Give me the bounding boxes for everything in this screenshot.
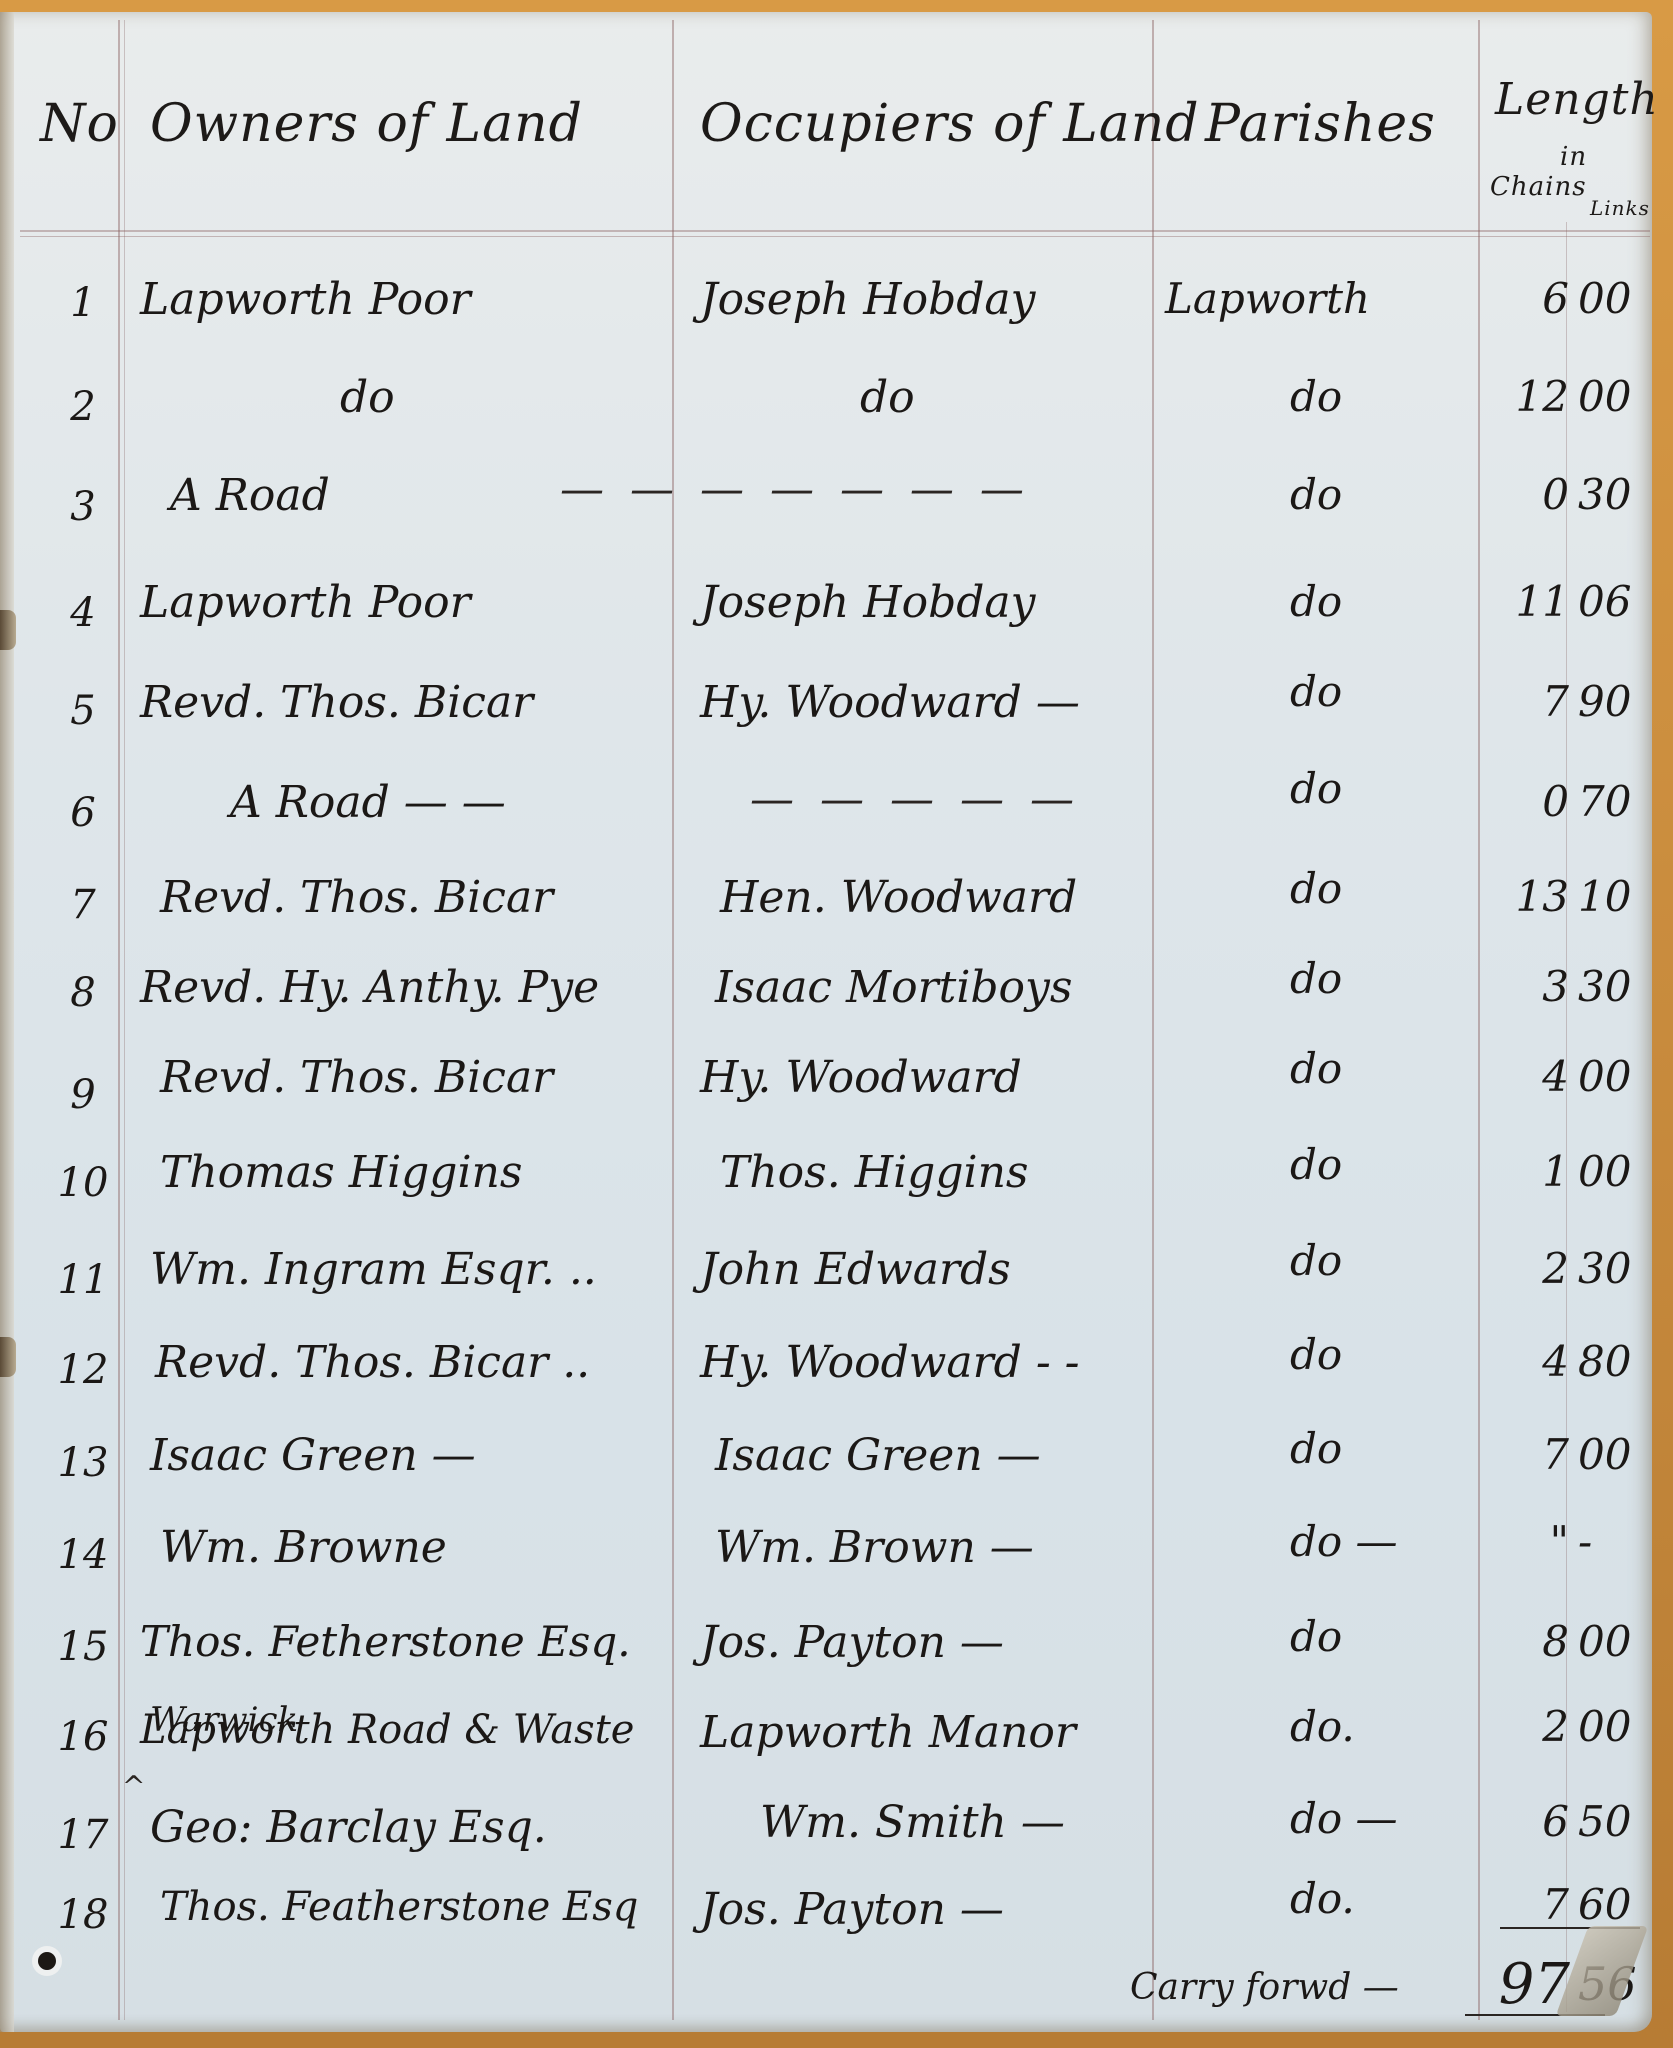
links-cell: 30 [1578, 962, 1650, 1011]
links-cell: 00 [1578, 372, 1650, 421]
row-number: 12 [48, 1347, 118, 1393]
occupier-cell: Lapworth Manor [700, 1707, 1076, 1758]
owner-cell: Wm. Browne [160, 1522, 447, 1573]
links-cell: 60 [1578, 1880, 1650, 1929]
header-links: Links [1590, 196, 1650, 220]
parish-cell: do [1290, 764, 1342, 813]
row-number: 10 [48, 1160, 118, 1206]
parish-cell: do. [1290, 1874, 1355, 1923]
occupier-cell: Thos. Higgins [720, 1147, 1029, 1198]
parish-cell: do [1290, 372, 1342, 421]
parish-cell: do — [1290, 1794, 1398, 1843]
occupier-cell: Jos. Payton — [700, 1617, 1004, 1668]
insertion-caret: ^ [122, 1770, 145, 1803]
occupier-cell: — — — — — — — [560, 464, 1030, 515]
row-number: 15 [48, 1624, 118, 1670]
links-cell: 30 [1578, 1244, 1650, 1293]
row-number: 3 [48, 484, 118, 530]
owner-cell: Wm. Ingram Esqr. .. [150, 1244, 597, 1295]
occupier-cell: Wm. Smith — [760, 1797, 1065, 1848]
chains-cell: 4 [1495, 1337, 1569, 1386]
links-cell: 00 [1578, 1702, 1650, 1751]
row-number: 4 [48, 590, 118, 636]
parish-cell: do [1290, 954, 1342, 1003]
row-number: 14 [48, 1532, 118, 1578]
owner-cell: Geo: Barclay Esq. [150, 1802, 547, 1853]
parish-cell: do [1290, 1236, 1342, 1285]
links-cell: 00 [1578, 274, 1650, 323]
chains-cell: " [1495, 1517, 1569, 1566]
row-number: 16 [48, 1714, 118, 1760]
parish-cell: do [1290, 1044, 1342, 1093]
ruling-number-column [118, 20, 120, 2020]
chains-cell: 2 [1495, 1702, 1569, 1751]
chains-cell: 11 [1495, 577, 1569, 626]
header-rule [20, 230, 1650, 232]
row-number: 5 [48, 688, 118, 734]
parish-cell: do [1290, 470, 1342, 519]
owner-cell: Revd. Thos. Bicar .. [155, 1337, 590, 1388]
parish-cell: do [1290, 1140, 1342, 1189]
row-number: 9 [48, 1072, 118, 1118]
chains-cell: 7 [1495, 1880, 1569, 1929]
occupier-cell: Hen. Woodward [720, 872, 1077, 923]
chains-cell: 7 [1495, 1430, 1569, 1479]
header-length-in: in [1560, 142, 1587, 172]
ruling-parishes-column [1478, 20, 1480, 2020]
links-cell: 30 [1578, 470, 1650, 519]
chains-cell: 8 [1495, 1617, 1569, 1666]
binding-tear-lower [0, 1337, 16, 1377]
row-number: 6 [48, 790, 118, 836]
occupier-cell: — — — — — [750, 774, 1080, 825]
occupier-cell: Hy. Woodward [700, 1052, 1022, 1103]
parish-cell: do. [1290, 1702, 1355, 1751]
occupier-cell: Jos. Payton — [700, 1884, 1004, 1935]
ruling-owners-column [672, 20, 674, 2020]
binding-tear-upper [0, 610, 16, 650]
header-rule-inner [20, 236, 1650, 237]
row-number: 7 [48, 882, 118, 928]
chains-cell: 6 [1495, 274, 1569, 323]
owner-cell: Revd. Thos. Bicar [160, 1052, 553, 1103]
owner-cell: Thos. Fetherstone Esq. [140, 1617, 631, 1666]
row-number: 18 [48, 1892, 118, 1938]
links-cell: 50 [1578, 1797, 1650, 1846]
owner-cell: Thomas Higgins [160, 1147, 522, 1198]
links-cell: 80 [1578, 1337, 1650, 1386]
parish-cell: do [1290, 667, 1342, 716]
occupier-cell: do [860, 372, 915, 423]
owner-cell: Isaac Green — [150, 1430, 476, 1481]
occupier-cell: Hy. Woodward - - [700, 1337, 1080, 1388]
owner-cell: do [340, 372, 395, 423]
carry-forward-label: Carry forwd — [1130, 1967, 1399, 2008]
links-cell: 00 [1578, 1430, 1650, 1479]
ruling-number-column-inner [124, 20, 125, 2020]
chains-cell: 4 [1495, 1052, 1569, 1101]
links-cell: 00 [1578, 1052, 1650, 1101]
parish-cell: Lapworth [1165, 274, 1370, 323]
links-cell: - [1578, 1517, 1650, 1566]
chains-cell: 2 [1495, 1244, 1569, 1293]
owner-cell: A Road [170, 470, 330, 521]
punch-hole [38, 1952, 56, 1970]
row-number: 17 [48, 1812, 118, 1858]
parish-cell: do [1290, 1330, 1342, 1379]
owner-cell: Revd. Thos. Bicar [140, 677, 533, 728]
ruling-occupiers-column [1152, 20, 1154, 2020]
chains-cell: 3 [1495, 962, 1569, 1011]
links-cell: 70 [1578, 777, 1650, 826]
occupier-cell: John Edwards [700, 1244, 1011, 1295]
owner-cell: Lapworth Poor [140, 274, 471, 325]
chains-cell: 1 [1495, 1147, 1569, 1196]
links-cell: 00 [1578, 1147, 1650, 1196]
header-length: Length [1495, 74, 1659, 125]
owner-cell: Lapworth Poor [140, 577, 471, 628]
ledger-page: No Owners of Land Occupiers of Land Pari… [0, 12, 1652, 2032]
header-number: No [40, 94, 119, 154]
row-number: 13 [48, 1440, 118, 1486]
occupier-cell: Wm. Brown — [715, 1522, 1034, 1573]
chains-cell: 6 [1495, 1797, 1569, 1846]
header-owners-of-land: Owners of Land [150, 94, 583, 154]
links-cell: 06 [1578, 577, 1650, 626]
occupier-cell: Hy. Woodward — [700, 677, 1080, 728]
page-binding-edge [0, 12, 14, 2032]
parish-cell: do — [1290, 1517, 1398, 1566]
links-cell: 00 [1578, 1617, 1650, 1666]
header-occupiers-of-land: Occupiers of Land [700, 94, 1200, 154]
owner-cell: Lapworth Road & Waste [140, 1707, 634, 1753]
header-chains: Chains [1490, 172, 1587, 202]
row-number: 11 [48, 1257, 118, 1303]
parish-cell: do [1290, 577, 1342, 626]
chains-cell: 0 [1495, 777, 1569, 826]
occupier-cell: Isaac Mortiboys [715, 962, 1072, 1013]
parish-cell: do [1290, 1612, 1342, 1661]
header-parishes: Parishes [1205, 94, 1436, 154]
chains-cell: 12 [1495, 372, 1569, 421]
row-number: 8 [48, 970, 118, 1016]
total-chains: 97 [1460, 1952, 1570, 2017]
occupier-cell: Isaac Green — [715, 1430, 1041, 1481]
row-number: 2 [48, 384, 118, 430]
chains-cell: 7 [1495, 677, 1569, 726]
chains-cell: 0 [1495, 470, 1569, 519]
occupier-cell: Joseph Hobday [700, 577, 1036, 628]
links-cell: 10 [1578, 872, 1650, 921]
parish-cell: do [1290, 1424, 1342, 1473]
row-number: 1 [48, 280, 118, 326]
chains-cell: 13 [1495, 872, 1569, 921]
parish-cell: do [1290, 864, 1342, 913]
links-cell: 90 [1578, 677, 1650, 726]
owner-cell: Revd. Hy. Anthy. Pye [140, 962, 599, 1013]
owner-cell: A Road — — [230, 777, 506, 828]
owner-cell: Revd. Thos. Bicar [160, 872, 553, 923]
owner-cell: Thos. Featherstone Esq [160, 1884, 638, 1930]
occupier-cell: Joseph Hobday [700, 274, 1036, 325]
